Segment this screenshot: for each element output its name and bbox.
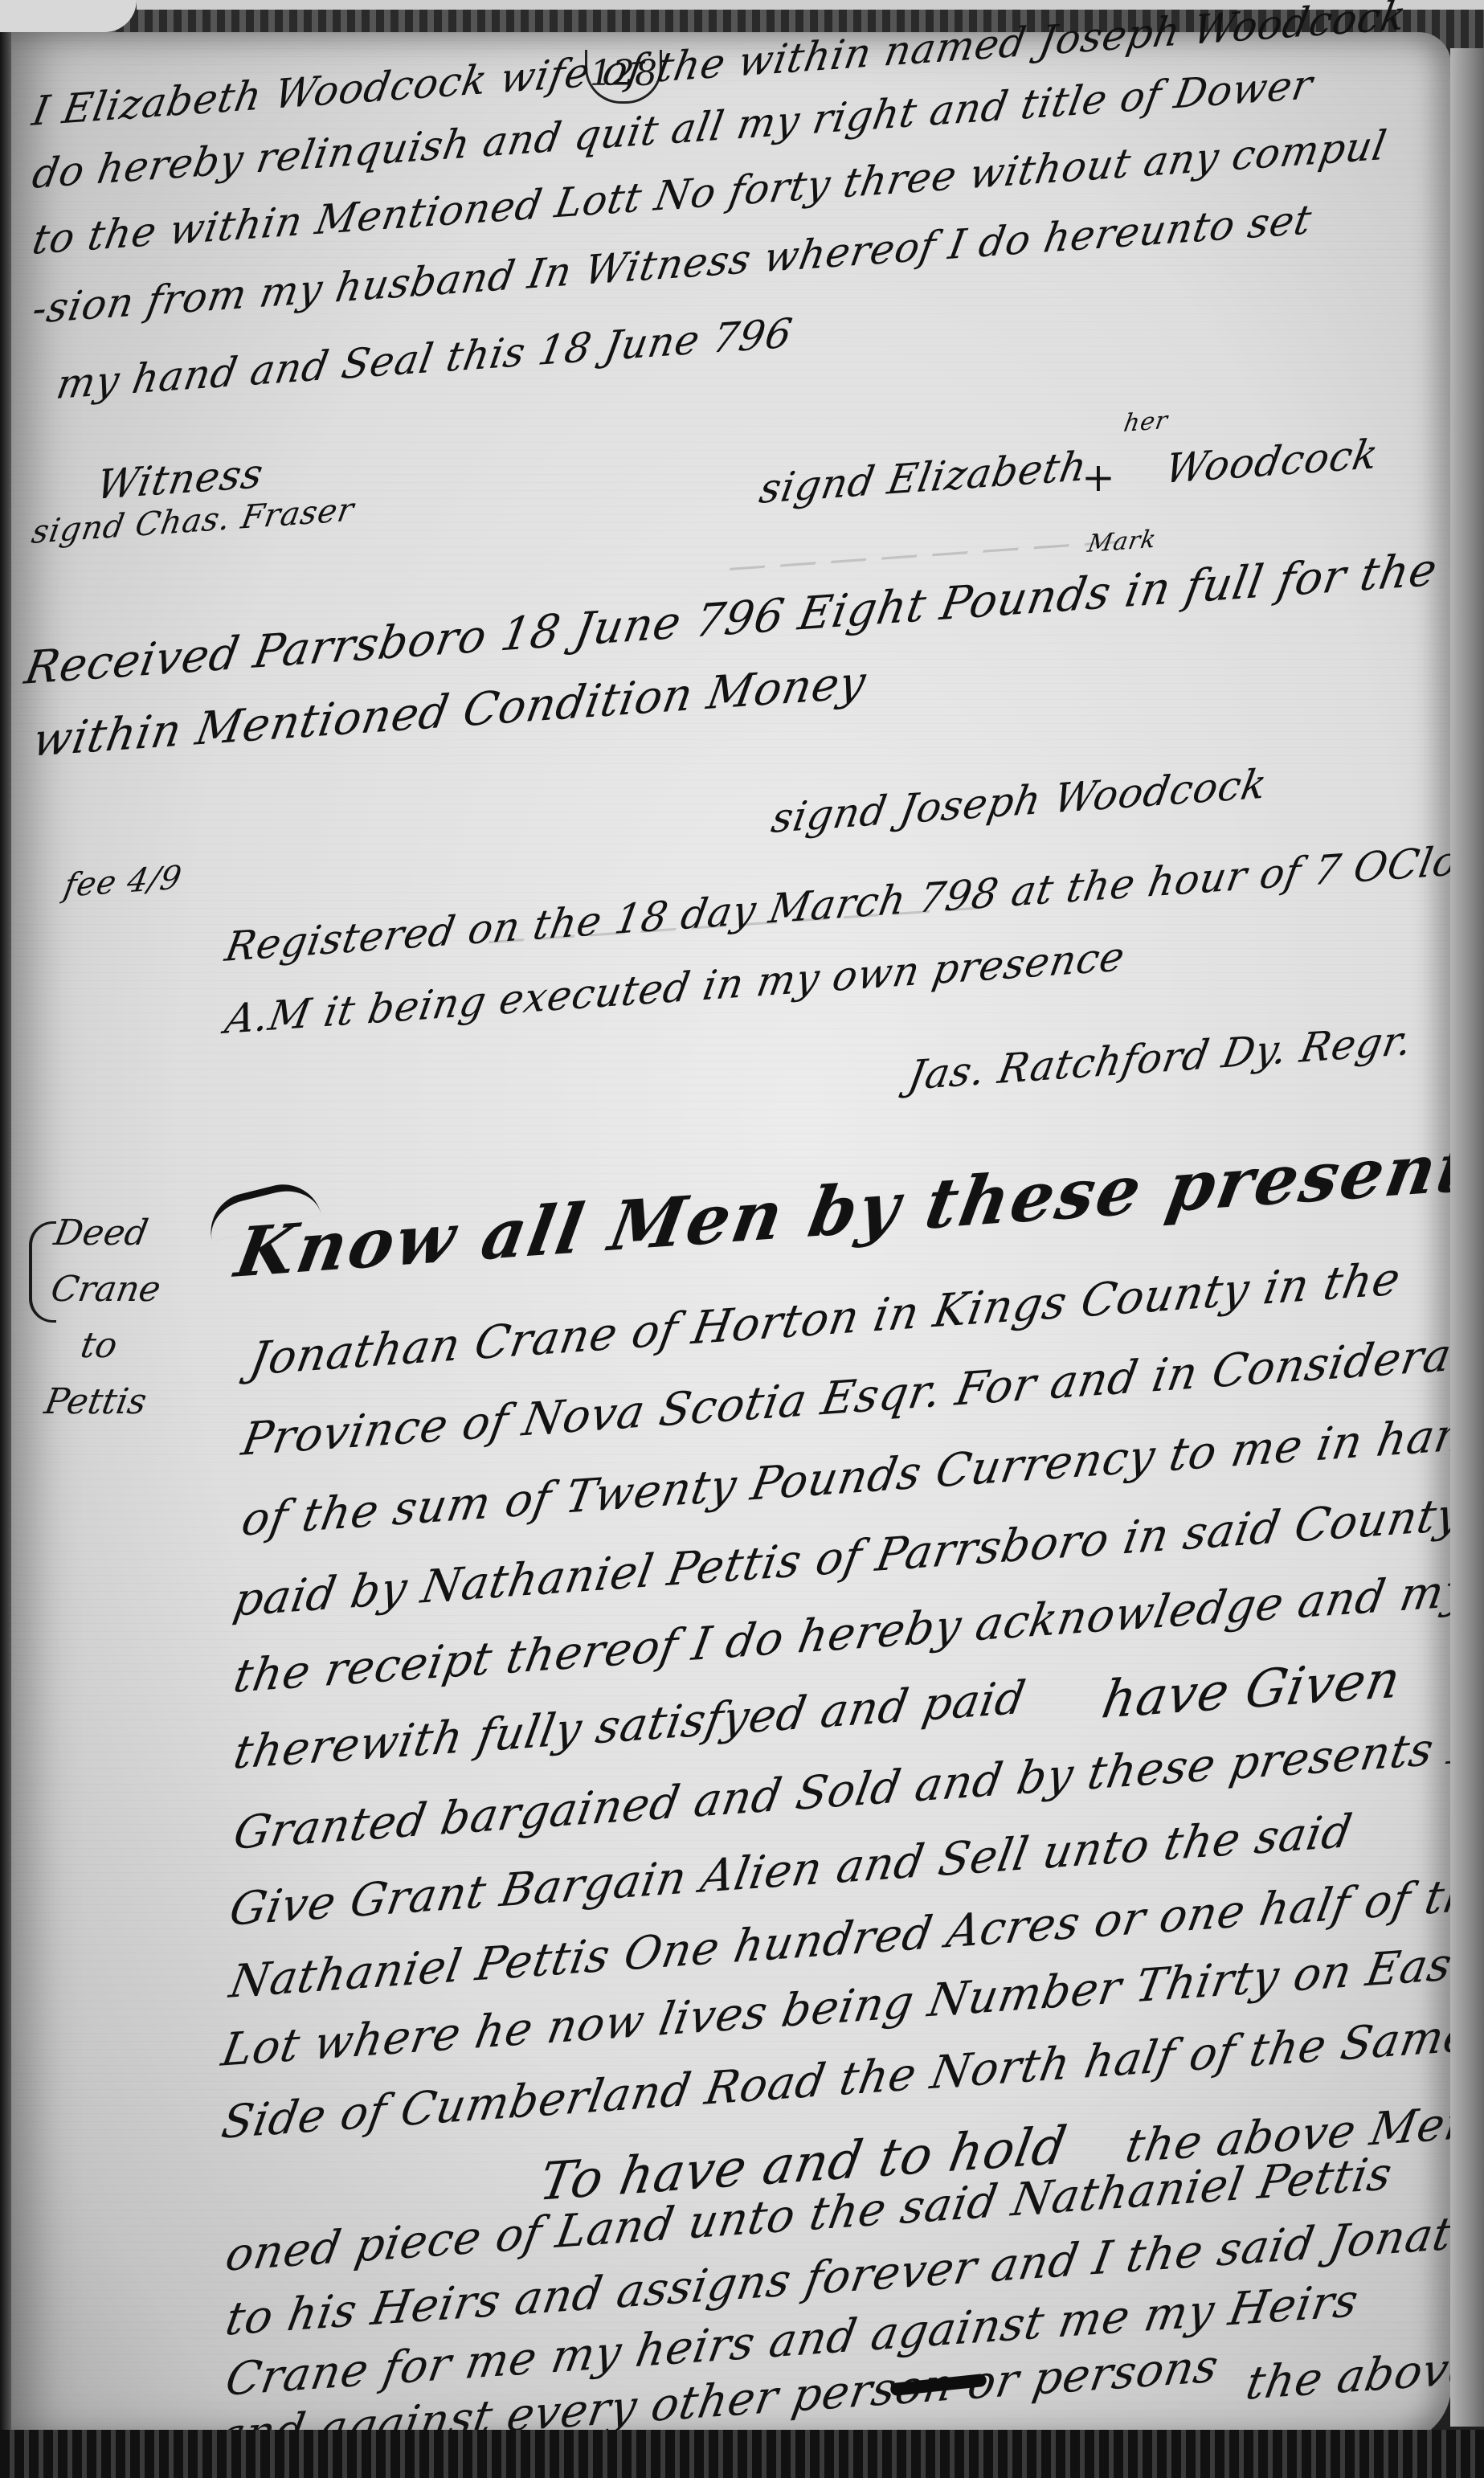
manuscript-page: — — — — — — — — — — — — — — — — — — 128 … [5, 32, 1451, 2443]
signature-her: her [1122, 407, 1171, 438]
margin-note-deed: Deed [50, 1205, 153, 1261]
margin-note-grantor: Crane [47, 1261, 166, 1318]
registrar-signature: Jas. Ratchford Dy. Regr. [905, 1016, 1416, 1099]
signatory-name: signd Elizabeth [756, 443, 1091, 513]
margin-note-grantee: Pettis [40, 1374, 151, 1430]
relinquishment-line-5: my hand and Seal this 18 June 796 [53, 309, 796, 408]
fee-note: fee 4/9 [61, 859, 185, 905]
signature-cross-mark: + [1081, 454, 1116, 501]
book-bottom-edge [0, 2430, 1484, 2478]
receipt-signature: signd Joseph Woodcock [768, 760, 1271, 842]
margin-note-to: to [76, 1318, 122, 1374]
deed-have-given: have Given [1098, 1650, 1405, 1731]
facing-page-corner [0, 0, 137, 32]
page-gutter-shadow [0, 32, 11, 2443]
signature-mark-label: Mark [1085, 525, 1159, 558]
closing-line-tail: the above [1242, 2341, 1481, 2411]
registration-line-1: Registered on the 18 day March 798 at th… [222, 834, 1484, 971]
scanned-register-page: — — — — — — — — — — — — — — — — — — 128 … [0, 0, 1484, 2478]
signatory-surname: Woodcock [1162, 431, 1382, 493]
page-fore-edge [1450, 48, 1484, 2427]
